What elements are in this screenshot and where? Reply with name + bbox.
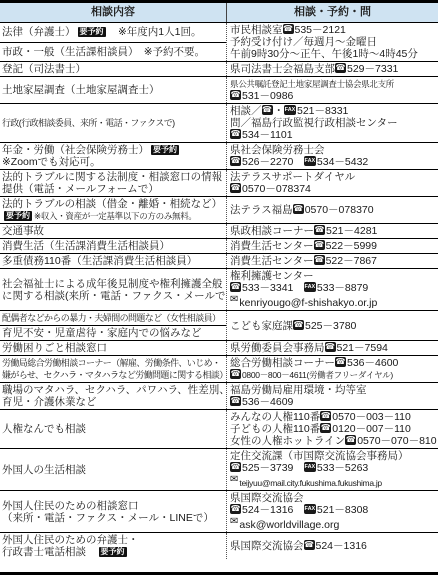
consultation-content-cell: 土地家屋調査（土地家屋調査士） — [0, 77, 226, 103]
consultation-content-cell: 外国人の生活相談 — [0, 449, 226, 490]
fax-icon: FAX — [304, 462, 316, 472]
text-segment: 提供（電話・メールフォームで） — [2, 183, 159, 195]
left-subcell: 育児不安・児童虐待・家庭内での悩みなど — [0, 325, 226, 340]
cell-line: ☎0570－078374 — [230, 183, 437, 195]
fax-icon: FAX — [304, 156, 316, 166]
consultation-content-cell: 職場のマタハラ、セクハラ、パワハラ、性差別、育児・介護休業など — [0, 383, 226, 409]
text-segment: 子どもの人権110番 — [230, 423, 320, 435]
phone-icon: ☎ — [230, 183, 241, 193]
text-segment: 定住交流課（市国際交流協会事務局） — [230, 450, 409, 462]
contact-info-cell: 市民相談室☎535－2121予約受け付け／毎週月～金曜日午前9時30分～正午、午… — [226, 23, 438, 61]
mail-icon: ✉ — [230, 474, 238, 486]
text-segment: ・ — [274, 105, 285, 117]
phone-icon: ☎ — [320, 423, 331, 433]
consultation-content-cell: 法律（弁護士）要予約 ※年度内1人1回。市政・一般（生活課相談員） ※予約不要。 — [0, 23, 226, 61]
text-segment: 県政相談コーナー — [230, 225, 314, 237]
contact-info-cell: 総合労働相談コーナー☎536－4600☎0800－800－4611(労働者フリー… — [226, 356, 438, 382]
cell-line: 総合労働相談コーナー☎536－4600 — [230, 357, 437, 369]
cell-line: ☎533－3341 FAX533－8879 — [230, 282, 437, 294]
consultation-content-cell: 消費生活（生活課消費生活相談員） — [0, 239, 226, 253]
text-segment: 労働局総合労働相談コーナー（解雇、労働条件、いじめ・ — [2, 358, 220, 368]
text-segment: 0800－800－4611(労働者フリーダイヤル) — [242, 370, 393, 380]
text-segment: 午前9時30分～正午、午後1時～4時45分 — [230, 48, 418, 60]
text-segment: ※収入・資産が一定基準以下の方のみ無料。 — [34, 211, 197, 221]
fax-icon: FAX — [284, 105, 296, 115]
text-segment: 行政(行政相談委員、来所・電話・ファクスで) — [2, 118, 175, 128]
table-row: 職場のマタハラ、セクハラ、パワハラ、性差別、育児・介護休業など福島労働局雇用環境… — [0, 383, 438, 410]
text-segment: 多重債務110番（生活課消費生活相談員） — [2, 255, 197, 267]
left-subcell: 職場のマタハラ、セクハラ、パワハラ、性差別、育児・介護休業など — [0, 383, 226, 409]
phone-icon: ☎ — [335, 357, 346, 367]
consultation-content-cell: 年金・労働（社会保険労務士）要予約※Zoomでも対応可。 — [0, 143, 226, 169]
cell-line: 土地家屋調査（土地家屋調査士） — [2, 84, 225, 96]
table-row: 労働局総合労働相談コーナー（解雇、労働条件、いじめ・嫌がらせ、セクハラ・マタハラ… — [0, 356, 438, 383]
consultation-content-cell: 交通事故 — [0, 224, 226, 238]
consultation-content-cell: 登記（司法書士） — [0, 62, 226, 76]
contact-info-cell: 福島労働局雇用環境・均等室☎536－4609 — [226, 383, 438, 409]
cell-line: 提供（電話・メールフォームで） — [2, 183, 225, 195]
contact-info-cell: みんなの人権110番☎0570－003－110子どもの人権110番☎0120－0… — [226, 410, 438, 448]
text-segment: 土地家屋調査（土地家屋調査士） — [2, 84, 160, 96]
text-segment: 県社会保険労務士会 — [230, 144, 325, 156]
text-segment: 相談／ — [230, 105, 262, 117]
contact-info-cell: こども家庭課☎525－3780 — [226, 311, 438, 340]
table-row: 社会福祉士による成年後見制度や権利擁護全般に関する相談(来所・電話・ファクス・メ… — [0, 269, 438, 311]
text-segment: 消費生活センター — [230, 240, 314, 252]
cell-line: 登記（司法書士） — [2, 63, 225, 75]
text-segment: 法テラス福島 — [230, 204, 293, 216]
contact-info-cell: 相談／☎・FAX521－8331問／福島行政監視行政相談センター☎534－110… — [226, 104, 438, 142]
cell-line: 外国人の生活相談 — [2, 464, 225, 476]
phone-icon: ☎ — [230, 90, 241, 100]
consultation-content-cell: 労働局総合労働相談コーナー（解雇、労働条件、いじめ・嫌がらせ、セクハラ・マタハラ… — [0, 356, 226, 382]
phone-icon: ☎ — [230, 282, 241, 292]
fax-icon: FAX — [304, 282, 316, 292]
text-segment: 福島労働局雇用環境・均等室 — [230, 384, 367, 396]
cell-line: 県政相談コーナー☎521－4281 — [230, 225, 437, 237]
text-segment: 533－3341 — [242, 282, 304, 294]
phone-icon: ☎ — [345, 435, 356, 445]
text-segment: 522－5999 — [326, 240, 377, 252]
text-segment: 女性の人権ホットライン — [230, 435, 345, 447]
table-body: 法律（弁護士）要予約 ※年度内1人1回。市政・一般（生活課相談員） ※予約不要。… — [0, 23, 438, 559]
left-subcell: 年金・労働（社会保険労務士）要予約※Zoomでも対応可。 — [0, 143, 226, 169]
table-row: 配偶者などからの暴力・夫婦間の問題など（女性相談員）育児不安・児童虐待・家庭内で… — [0, 311, 438, 341]
left-subcell: 外国人住民のための相談窓口（来所・電話・ファクス・メール・LINEで） — [0, 491, 226, 532]
cell-line: 外国人住民のための相談窓口 — [2, 500, 225, 512]
text-segment: 市政・一般（生活課相談員） ※予約不要。 — [2, 46, 205, 58]
text-segment: 534－1101 — [242, 129, 293, 141]
cell-line: 県労働委員会事務局☎521－7594 — [230, 342, 437, 354]
text-segment: 521－8331 — [297, 105, 348, 117]
phone-icon: ☎ — [314, 255, 325, 265]
cell-line: ☎0800－800－4611(労働者フリーダイヤル) — [230, 369, 437, 381]
text-segment: ask@worldvillage.org — [239, 519, 339, 531]
text-segment: 521－7594 — [337, 342, 388, 354]
phone-icon: ☎ — [230, 369, 241, 379]
cell-line: 県国際交流協会☎524－1316 — [230, 540, 437, 552]
text-segment: ※年度内1人1回。 — [108, 26, 202, 38]
phone-icon: ☎ — [230, 462, 241, 472]
cell-line: 行政(行政相談委員、来所・電話・ファクスで) — [2, 117, 225, 129]
text-segment: ※Zoomでも対応可。 — [2, 156, 101, 168]
phone-icon: ☎ — [283, 24, 294, 34]
text-segment: 年金・労働（社会保険労務士） — [2, 144, 149, 156]
left-subcell: 労働局総合労働相談コーナー（解雇、労働条件、いじめ・嫌がらせ、セクハラ・マタハラ… — [0, 356, 226, 382]
text-segment: 嫌がらせ、セクハラ・マタハラなど労働問題に関する相談） — [2, 370, 225, 380]
text-segment: 536－4600 — [347, 357, 398, 369]
cell-line: 女性の人権ホットライン☎0570－070－810 — [230, 435, 437, 447]
cell-line: 人権なんでも相談 — [2, 423, 225, 435]
text-segment: 0570－070－810 — [357, 435, 436, 447]
phone-icon: ☎ — [314, 240, 325, 250]
text-segment: 525－3739 — [242, 462, 304, 474]
cell-line: 相談／☎・FAX521－8331 — [230, 105, 437, 117]
reservation-required-badge: 要予約 — [99, 547, 127, 557]
cell-line: ☎524－1316 FAX521－8308 — [230, 504, 437, 516]
contact-info-cell: 権利擁護センター☎533－3341 FAX533－8879✉kenriyougo… — [226, 269, 438, 310]
cell-line: ※Zoomでも対応可。 — [2, 156, 225, 168]
phone-icon: ☎ — [262, 105, 273, 115]
cell-line: 午前9時30分～正午、午後1時～4時45分 — [230, 48, 437, 60]
table-row: 登記（司法書士）県司法書士会福島支部☎529－7331 — [0, 62, 438, 77]
text-segment: （来所・電話・ファクス・メール・LINEで） — [2, 512, 214, 524]
text-segment: 県労働委員会事務局 — [230, 342, 325, 354]
cell-line: 定住交流課（市国際交流協会事務局） — [230, 450, 437, 462]
table-row: 消費生活（生活課消費生活相談員）消費生活センター☎522－5999 — [0, 239, 438, 254]
text-segment: 法的トラブルに関する法制度・相談窓口の情報 — [2, 171, 222, 183]
cell-line: 法テラスサポートダイヤル — [230, 171, 437, 183]
cell-line: 交通事故 — [2, 225, 225, 237]
consultation-content-cell: 労働困りごと相談窓口 — [0, 341, 226, 355]
text-segment: に関する相談(来所・電話・ファクス・メールで) — [2, 290, 225, 302]
consultation-info-table-page: 相談内容 相談・予約・問 法律（弁護士）要予約 ※年度内1人1回。市政・一般（生… — [0, 0, 438, 575]
text-segment: 526－2270 — [242, 156, 304, 168]
text-segment: 問／福島行政監視行政相談センター — [230, 117, 398, 129]
cell-line: 予約受け付け／毎週月～金曜日 — [230, 36, 437, 48]
cell-line: 県司法書士会福島支部☎529－7331 — [230, 63, 437, 75]
table-row: 行政(行政相談委員、来所・電話・ファクスで)相談／☎・FAX521－8331問／… — [0, 104, 438, 143]
cell-line: 年金・労働（社会保険労務士）要予約 — [2, 144, 225, 156]
cell-line: ✉kenriyougo@f-shishakyo.or.jp — [230, 294, 437, 309]
text-segment: 536－4609 — [242, 396, 293, 408]
contact-info-cell: 定住交流課（市国際交流協会事務局）☎525－3739 FAX533－5263✉t… — [226, 449, 438, 490]
cell-line: 行政書士電話相談 要予約 — [2, 546, 225, 558]
cell-line: 県公共嘱託登記土地家屋調査士協会県北支所 — [230, 78, 437, 90]
table-row: 労働困りごと相談窓口県労働委員会事務局☎521－7594 — [0, 341, 438, 356]
header-consultation-content: 相談内容 — [0, 3, 226, 22]
contact-info-cell: 県社会保険労務士会☎526－2270 FAX534－5432 — [226, 143, 438, 169]
text-segment: 521－4281 — [326, 225, 377, 237]
left-subcell: 法的トラブルの相談（借金・離婚・相続など）要予約※収入・資産が一定基準以下の方の… — [0, 197, 226, 223]
left-subcell: 社会福祉士による成年後見制度や権利擁護全般に関する相談(来所・電話・ファクス・メ… — [0, 269, 226, 310]
text-segment: 外国人の生活相談 — [2, 464, 86, 476]
contact-info-cell: 県公共嘱託登記土地家屋調査士協会県北支所☎531－0986 — [226, 77, 438, 103]
cell-line: ✉ask@worldvillage.org — [230, 516, 437, 531]
cell-line: に関する相談(来所・電話・ファクス・メールで) — [2, 290, 225, 302]
consultation-content-cell: 法的トラブルに関する法制度・相談窓口の情報提供（電話・メールフォームで） — [0, 170, 226, 196]
text-segment: 534－5432 — [317, 156, 368, 168]
left-subcell: 多重債務110番（生活課消費生活相談員） — [0, 254, 226, 268]
left-subcell: 法的トラブルに関する法制度・相談窓口の情報提供（電話・メールフォームで） — [0, 170, 226, 196]
reservation-required-badge: 要予約 — [4, 211, 32, 221]
phone-icon: ☎ — [320, 411, 331, 421]
text-segment: 525－3780 — [305, 320, 356, 332]
reservation-required-badge: 要予約 — [151, 145, 179, 155]
text-segment: 531－0986 — [242, 90, 293, 102]
phone-icon: ☎ — [230, 396, 241, 406]
contact-info-cell: 県政相談コーナー☎521－4281 — [226, 224, 438, 238]
text-segment: 535－2121 — [295, 24, 346, 36]
text-segment: 法テラスサポートダイヤル — [230, 171, 355, 183]
consultation-content-cell: 行政(行政相談委員、来所・電話・ファクスで) — [0, 104, 226, 142]
table-row: 交通事故県政相談コーナー☎521－4281 — [0, 224, 438, 239]
text-segment: みんなの人権110番 — [230, 411, 320, 423]
cell-line: 多重債務110番（生活課消費生活相談員） — [2, 255, 225, 267]
consultation-content-cell: 配偶者などからの暴力・夫婦間の問題など（女性相談員）育児不安・児童虐待・家庭内で… — [0, 311, 226, 340]
text-segment: kenriyougo@f-shishakyo.or.jp — [239, 297, 377, 309]
table-row: 外国人の生活相談定住交流課（市国際交流協会事務局）☎525－3739 FAX53… — [0, 449, 438, 491]
cell-line: こども家庭課☎525－3780 — [230, 320, 437, 332]
text-segment: 533－5263 — [317, 462, 368, 474]
consultation-content-cell: 多重債務110番（生活課消費生活相談員） — [0, 254, 226, 268]
cell-line: 消費生活センター☎522－5999 — [230, 240, 437, 252]
cell-line: 外国人住民のための弁護士・ — [2, 534, 225, 546]
table-row: 外国人住民のための弁護士・行政書士電話相談 要予約県国際交流協会☎524－131… — [0, 533, 438, 559]
contact-info-cell: 法テラスサポートダイヤル☎0570－078374 — [226, 170, 438, 196]
phone-icon: ☎ — [230, 129, 241, 139]
text-segment: 予約受け付け／毎週月～金曜日 — [230, 36, 377, 48]
text-segment: 育児・介護休業など — [2, 396, 97, 408]
consultation-content-cell: 外国人住民のための弁護士・行政書士電話相談 要予約 — [0, 533, 226, 559]
table-row: 外国人住民のための相談窓口（来所・電話・ファクス・メール・LINEで）県国際交流… — [0, 491, 438, 533]
text-segment: 配偶者などからの暴力・夫婦間の問題など（女性相談員） — [2, 313, 220, 323]
table-header-row: 相談内容 相談・予約・問 — [0, 3, 438, 23]
cell-line: 社会福祉士による成年後見制度や権利擁護全般 — [2, 278, 225, 290]
phone-icon: ☎ — [325, 342, 336, 352]
phone-icon: ☎ — [293, 204, 304, 214]
mail-icon: ✉ — [230, 516, 238, 528]
cell-line: 育児不安・児童虐待・家庭内での悩みなど — [2, 327, 225, 339]
text-segment: 社会福祉士による成年後見制度や権利擁護全般 — [2, 278, 223, 290]
left-subcell: 交通事故 — [0, 224, 226, 238]
text-segment: 県国際交流協会 — [230, 492, 304, 504]
text-segment: 登記（司法書士） — [2, 63, 86, 75]
cell-line: （来所・電話・ファクス・メール・LINEで） — [2, 512, 225, 524]
text-segment: 職場のマタハラ、セクハラ、パワハラ、性差別、 — [2, 384, 225, 396]
mail-icon: ✉ — [230, 294, 238, 306]
cell-line: 法律（弁護士）要予約 ※年度内1人1回。 — [2, 26, 225, 38]
phone-icon: ☎ — [230, 504, 241, 514]
cell-line: 問／福島行政監視行政相談センター — [230, 117, 437, 129]
table-row: 法的トラブルの相談（借金・離婚・相続など）要予約※収入・資産が一定基準以下の方の… — [0, 197, 438, 224]
cell-line: みんなの人権110番☎0570－003－110 — [230, 411, 437, 423]
cell-line: 配偶者などからの暴力・夫婦間の問題など（女性相談員） — [2, 312, 225, 324]
cell-line: 子どもの人権110番☎0120－007－110 — [230, 423, 437, 435]
cell-line: 要予約※収入・資産が一定基準以下の方のみ無料。 — [2, 210, 225, 222]
cell-line: 権利擁護センター — [230, 270, 437, 282]
cell-line: 労働局総合労働相談コーナー（解雇、労働条件、いじめ・ — [2, 357, 225, 369]
text-segment: 外国人住民のための弁護士・ — [2, 534, 139, 546]
cell-line: 市政・一般（生活課相談員） ※予約不要。 — [2, 46, 225, 58]
contact-info-cell: 県司法書士会福島支部☎529－7331 — [226, 62, 438, 76]
text-segment: 総合労働相談コーナー — [230, 357, 335, 369]
header-contact-reservation: 相談・予約・問 — [226, 3, 438, 22]
table-row: 法律（弁護士）要予約 ※年度内1人1回。市政・一般（生活課相談員） ※予約不要。… — [0, 23, 438, 62]
cell-line: 労働困りごと相談窓口 — [2, 342, 225, 354]
text-segment: 県公共嘱託登記土地家屋調査士協会県北支所 — [230, 79, 394, 89]
left-subcell: 消費生活（生活課消費生活相談員） — [0, 239, 226, 253]
table-row: 多重債務110番（生活課消費生活相談員）消費生活センター☎522－7867 — [0, 254, 438, 269]
cell-line: 消費生活（生活課消費生活相談員） — [2, 240, 225, 252]
consultation-content-cell: 外国人住民のための相談窓口（来所・電話・ファクス・メール・LINEで） — [0, 491, 226, 532]
text-segment: 0120－007－110 — [332, 423, 411, 435]
text-segment: 労働困りごと相談窓口 — [2, 342, 107, 354]
contact-info-cell: 法テラス福島☎0570－078370 — [226, 197, 438, 223]
left-subcell: 人権なんでも相談 — [0, 410, 226, 448]
text-segment: 県国際交流協会 — [230, 540, 304, 552]
text-segment: 法律（弁護士） — [2, 26, 76, 38]
left-subcell: 外国人住民のための弁護士・行政書士電話相談 要予約 — [0, 533, 226, 559]
contact-info-cell: 県国際交流協会☎524－1316 FAX521－8308✉ask@worldvi… — [226, 491, 438, 532]
contact-info-cell: 県国際交流協会☎524－1316 — [226, 533, 438, 559]
left-subcell: 行政(行政相談委員、来所・電話・ファクスで) — [0, 104, 226, 142]
cell-line: 法テラス福島☎0570－078370 — [230, 204, 437, 216]
text-segment: teijyuu@mail.city.fukushima.fukushima.jp — [239, 478, 381, 488]
phone-icon: ☎ — [230, 156, 241, 166]
text-segment: 529－7331 — [347, 63, 398, 75]
text-segment: 人権なんでも相談 — [2, 423, 86, 435]
left-subcell: 土地家屋調査（土地家屋調査士） — [0, 77, 226, 103]
table-row: 年金・労働（社会保険労務士）要予約※Zoomでも対応可。県社会保険労務士会☎52… — [0, 143, 438, 170]
text-segment: 外国人住民のための相談窓口 — [2, 500, 139, 512]
left-subcell: 外国人の生活相談 — [0, 449, 226, 490]
text-segment: 0570－078370 — [305, 204, 374, 216]
phone-icon: ☎ — [304, 540, 315, 550]
text-segment: こども家庭課 — [230, 320, 293, 332]
cell-line: 法的トラブルに関する法制度・相談窓口の情報 — [2, 171, 225, 183]
table-row: 土地家屋調査（土地家屋調査士）県公共嘱託登記土地家屋調査士協会県北支所☎531－… — [0, 77, 438, 104]
cell-line: ☎534－1101 — [230, 129, 437, 141]
text-segment: 交通事故 — [2, 225, 44, 237]
consultation-content-cell: 人権なんでも相談 — [0, 410, 226, 448]
cell-line: 県国際交流協会 — [230, 492, 437, 504]
text-segment: 533－8879 — [317, 282, 368, 294]
text-segment: 522－7867 — [326, 255, 377, 267]
text-segment: 524－1316 — [242, 504, 304, 516]
table-row: 人権なんでも相談みんなの人権110番☎0570－003－110子どもの人権110… — [0, 410, 438, 449]
text-segment: 524－1316 — [316, 540, 367, 552]
contact-info-cell: 消費生活センター☎522－7867 — [226, 254, 438, 268]
text-segment: 消費生活センター — [230, 255, 314, 267]
left-subcell: 登記（司法書士） — [0, 62, 226, 76]
cell-line: 市民相談室☎535－2121 — [230, 24, 437, 36]
cell-line: ☎531－0986 — [230, 90, 437, 102]
table-row: 法的トラブルに関する法制度・相談窓口の情報提供（電話・メールフォームで）法テラス… — [0, 170, 438, 197]
consultation-content-cell: 法的トラブルの相談（借金・離婚・相続など）要予約※収入・資産が一定基準以下の方の… — [0, 197, 226, 223]
contact-info-cell: 県労働委員会事務局☎521－7594 — [226, 341, 438, 355]
cell-line: ✉teijyuu@mail.city.fukushima.fukushima.j… — [230, 474, 437, 489]
text-segment: 521－8308 — [317, 504, 368, 516]
contact-info-cell: 消費生活センター☎522－5999 — [226, 239, 438, 253]
consultation-content-cell: 社会福祉士による成年後見制度や権利擁護全般に関する相談(来所・電話・ファクス・メ… — [0, 269, 226, 310]
cell-line: 育児・介護休業など — [2, 396, 225, 408]
text-segment: 市民相談室 — [230, 24, 283, 36]
cell-line: 県社会保険労務士会 — [230, 144, 437, 156]
phone-icon: ☎ — [335, 63, 346, 73]
text-segment: 0570－003－110 — [332, 411, 411, 423]
text-segment: 行政書士電話相談 — [2, 546, 97, 558]
cell-line: 福島労働局雇用環境・均等室 — [230, 384, 437, 396]
cell-line: 職場のマタハラ、セクハラ、パワハラ、性差別、 — [2, 384, 225, 396]
cell-line: 嫌がらせ、セクハラ・マタハラなど労働問題に関する相談） — [2, 369, 225, 381]
cell-line: ☎536－4609 — [230, 396, 437, 408]
phone-icon: ☎ — [314, 225, 325, 235]
cell-line: ☎526－2270 FAX534－5432 — [230, 156, 437, 168]
text-segment: 権利擁護センター — [230, 270, 314, 282]
text-segment: 消費生活（生活課消費生活相談員） — [2, 240, 170, 252]
text-segment: 育児不安・児童虐待・家庭内での悩みなど — [2, 327, 202, 339]
text-segment: 法的トラブルの相談（借金・離婚・相続など） — [2, 198, 222, 210]
left-subcell: 法律（弁護士）要予約 ※年度内1人1回。 — [0, 23, 226, 42]
text-segment: 県司法書士会福島支部 — [230, 63, 335, 75]
fax-icon: FAX — [304, 504, 316, 514]
left-subcell: 配偶者などからの暴力・夫婦間の問題など（女性相談員） — [0, 311, 226, 325]
cell-line: 消費生活センター☎522－7867 — [230, 255, 437, 267]
phone-icon: ☎ — [293, 320, 304, 330]
reservation-required-badge: 要予約 — [78, 27, 106, 37]
cell-line: 法的トラブルの相談（借金・離婚・相続など） — [2, 198, 225, 210]
cell-line: ☎525－3739 FAX533－5263 — [230, 462, 437, 474]
left-subcell: 労働困りごと相談窓口 — [0, 341, 226, 355]
text-segment: 0570－078374 — [242, 183, 311, 195]
left-subcell: 市政・一般（生活課相談員） ※予約不要。 — [0, 42, 226, 62]
